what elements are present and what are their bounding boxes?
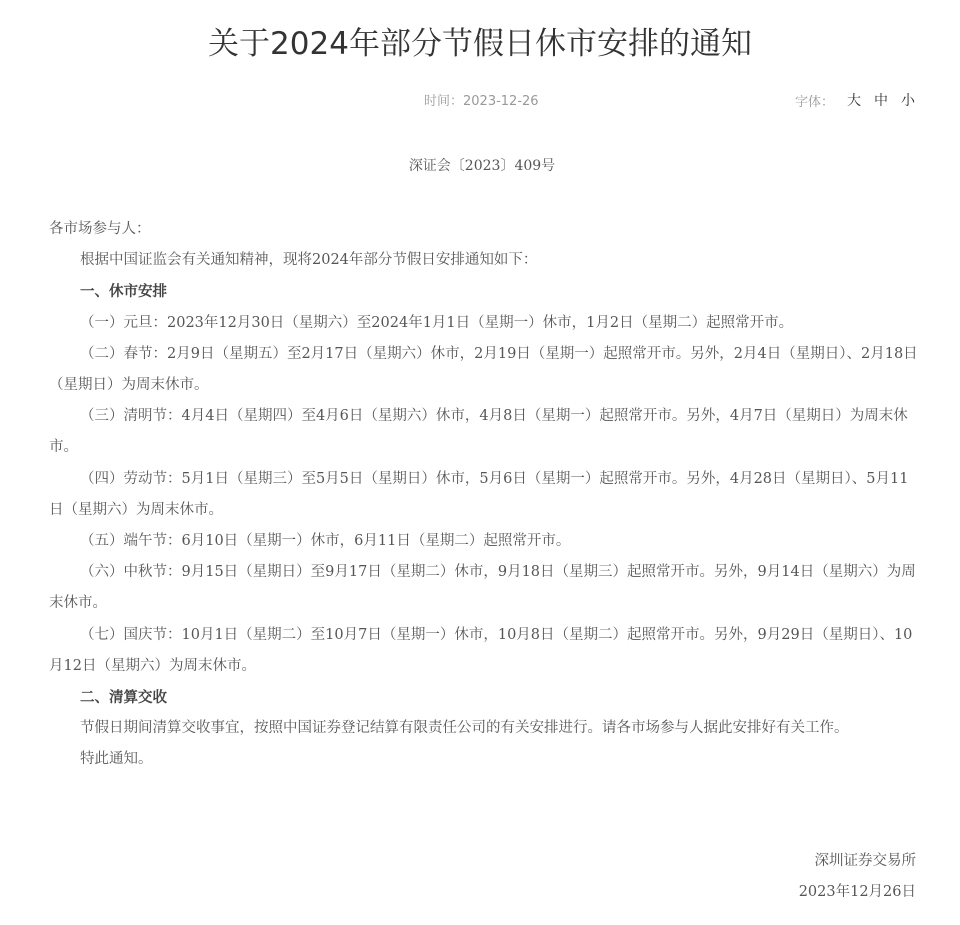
signature-block: 深圳证券交易所 2023年12月26日 <box>799 846 916 908</box>
signature-org: 深圳证券交易所 <box>799 846 916 877</box>
font-size-medium-button[interactable]: 中 <box>874 90 888 110</box>
article-body: 各市场参与人： 根据中国证监会有关通知精神，现将2024年部分节假日安排通知如下… <box>49 214 919 776</box>
font-size-label: 字体： <box>795 91 834 110</box>
document-number: 深证会〔2023〕409号 <box>0 155 960 175</box>
holiday-item-mid-autumn: （六）中秋节：9月15日（星期日）至9月17日（星期二）休市，9月18日（星期三… <box>49 557 919 619</box>
holiday-item-national-day: （七）国庆节：10月1日（星期二）至10月7日（星期一）休市，10月8日（星期二… <box>49 620 919 682</box>
section-heading-closure: 一、休市安排 <box>49 276 919 307</box>
salutation: 各市场参与人： <box>49 214 919 245</box>
holiday-item-new-year: （一）元旦：2023年12月30日（星期六）至2024年1月1日（星期一）休市，… <box>49 308 919 339</box>
holiday-item-dragon-boat: （五）端午节：6月10日（星期一）休市，6月11日（星期二）起照常开市。 <box>49 526 919 557</box>
signature-date: 2023年12月26日 <box>799 877 916 908</box>
article-title: 关于2024年部分节假日休市安排的通知 <box>0 22 960 66</box>
intro-paragraph: 根据中国证监会有关通知精神，现将2024年部分节假日安排通知如下： <box>49 245 919 276</box>
publish-time: 时间：2023-12-26 <box>424 90 539 109</box>
holiday-item-labor-day: （四）劳动节：5月1日（星期三）至5月5日（星期日）休市，5月6日（星期一）起照… <box>49 464 919 526</box>
holiday-item-qingming: （三）清明节：4月4日（星期四）至4月6日（星期六）休市，4月8日（星期一）起照… <box>49 401 919 463</box>
holiday-item-spring-festival: （二）春节：2月9日（星期五）至2月17日（星期六）休市，2月19日（星期一）起… <box>49 339 919 401</box>
font-size-large-button[interactable]: 大 <box>847 90 861 110</box>
section-heading-clearing: 二、清算交收 <box>49 682 919 713</box>
font-size-small-button[interactable]: 小 <box>901 90 915 110</box>
clearing-paragraph: 节假日期间清算交收事宜，按照中国证券登记结算有限责任公司的有关安排进行。请各市场… <box>49 713 919 744</box>
font-size-control: 字体： 大 中 小 <box>795 90 915 110</box>
closing-line: 特此通知。 <box>49 744 919 775</box>
